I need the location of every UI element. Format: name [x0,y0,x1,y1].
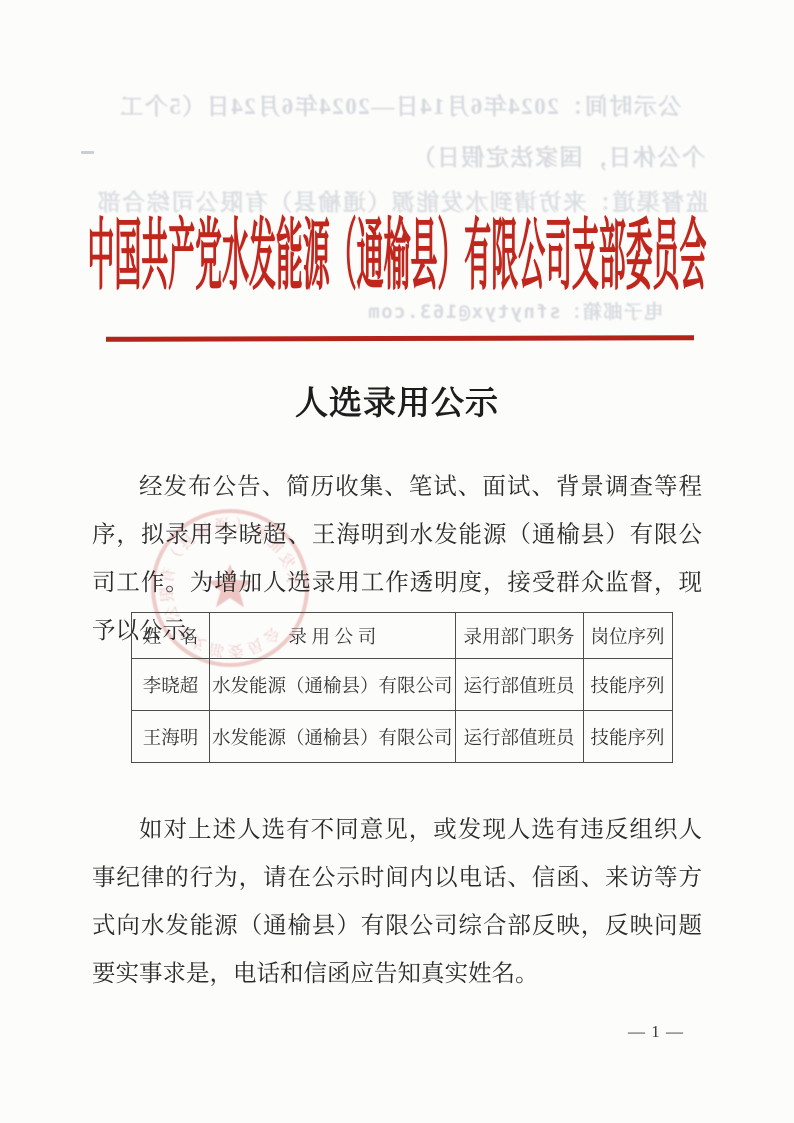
table-row: 王海明水发能源（通榆县）有限公司运行部值班员技能序列 [132,711,673,763]
notice-title: 人选录用公示 [0,383,794,425]
table-header-row: 姓 名录 用 公 司录用部门职务岗位序列 [132,613,673,659]
org-title: 中国共产党水发能源（通榆县）有限公司支部委员会 [88,206,707,306]
table-row: 李晓超水发能源（通榆县）有限公司运行部值班员技能序列 [132,659,673,711]
table-cell: 技能序列 [583,659,672,711]
table-cell: 运行部值班员 [455,659,583,711]
scanned-notice-page: 公示时间：2024年6月14日—2024年6月24日（5个工 个公休日，国家法定… [0,0,794,1123]
page-number: — 1 — [628,1022,684,1042]
table-cell: 运行部值班员 [455,711,583,763]
bleedthrough-line-2: 个公休日，国家法定假日） [425,139,705,172]
recruitment-table: 姓 名录 用 公 司录用部门职务岗位序列 李晓超水发能源（通榆县）有限公司运行部… [131,612,673,763]
table-cell: 技能序列 [583,711,672,763]
table-cell: 水发能源（通榆县）有限公司 [210,711,456,763]
table-header-cell: 录 用 公 司 [210,613,456,659]
red-divider-line [106,335,694,341]
table-header: 姓 名录 用 公 司录用部门职务岗位序列 [132,613,673,659]
table-body: 李晓超水发能源（通榆县）有限公司运行部值班员技能序列王海明水发能源（通榆县）有限… [132,659,673,763]
table-cell: 李晓超 [132,659,210,711]
table-cell: 王海明 [132,711,210,763]
table-header-cell: 录用部门职务 [455,613,583,659]
table-header-cell: 岗位序列 [583,613,672,659]
scan-margin-dash-artifact [81,151,94,154]
table-header-cell: 姓 名 [132,613,210,659]
table-cell: 水发能源（通榆县）有限公司 [210,659,456,711]
bleedthrough-line-1: 公示时间：2024年6月14日—2024年6月24日（5个工 [100,88,700,121]
masthead: 中国共产党水发能源（通榆县）有限公司支部委员会 [0,206,794,306]
notice-paragraph-2: 如对上述人选有不同意见，或发现人选有违反组织人事纪律的行为，请在公示时间内以电话… [92,806,702,998]
